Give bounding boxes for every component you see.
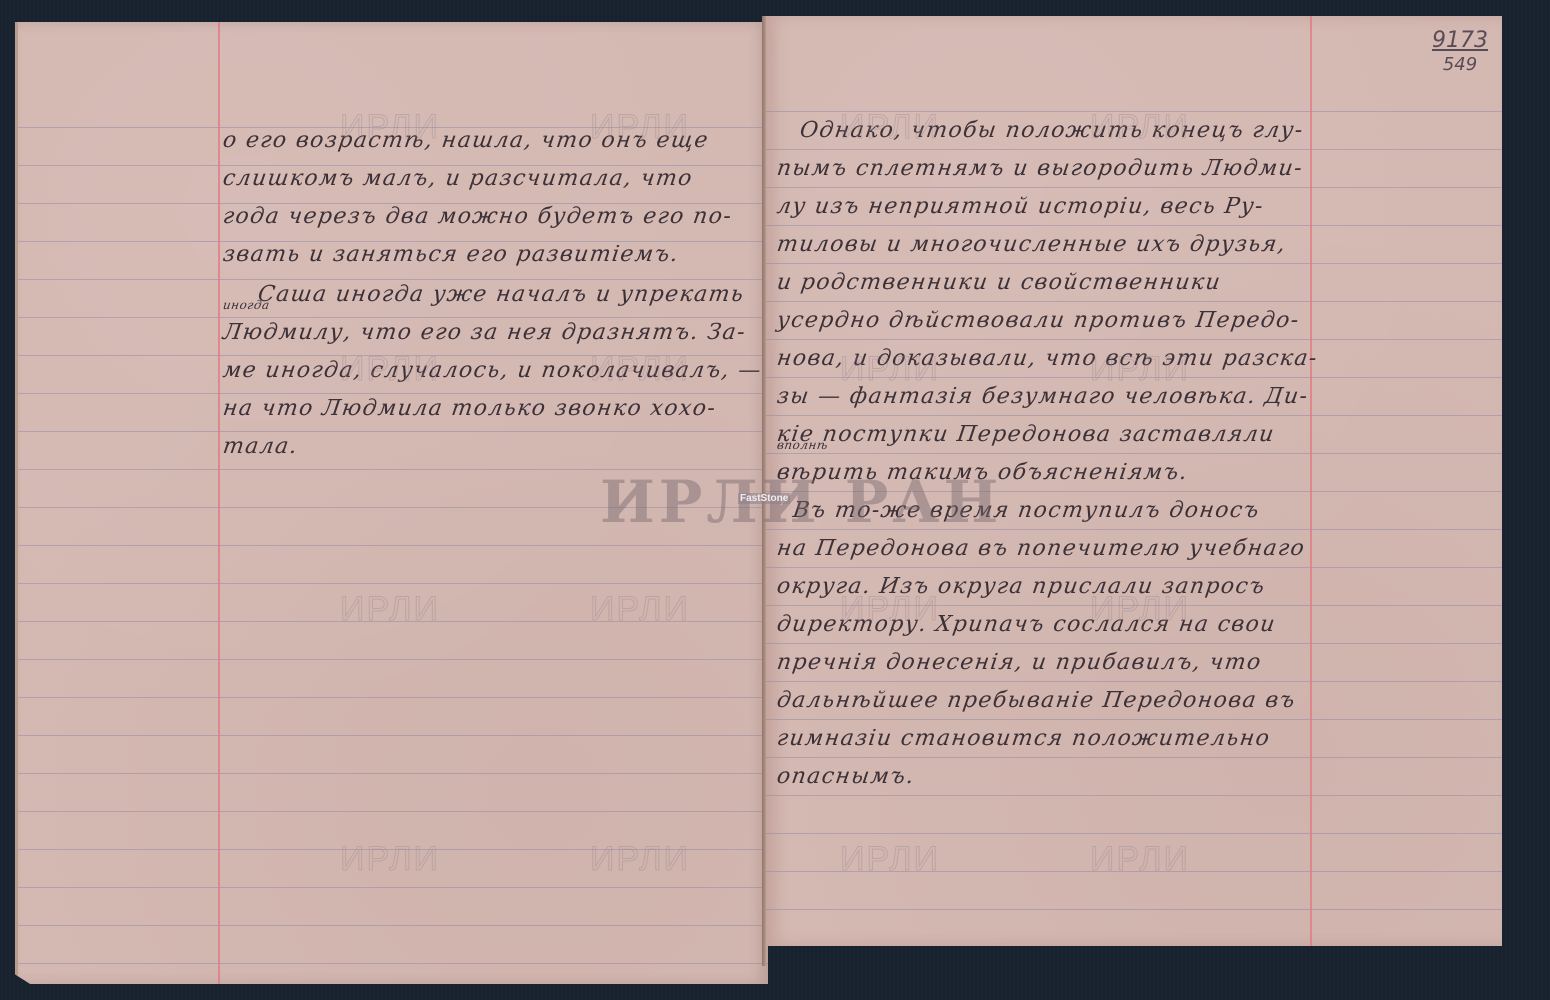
interlinear-correction: вполнѣ xyxy=(776,438,829,452)
ruled-line xyxy=(18,887,768,888)
manuscript-line: Однако, чтобы положить конецъ глу- xyxy=(798,118,1305,143)
ruled-line xyxy=(765,377,1502,378)
manuscript-line: года черезъ два можно будетъ его по- xyxy=(221,204,734,229)
ruled-line xyxy=(18,811,768,812)
ruled-line xyxy=(18,621,768,622)
manuscript-line: кіе поступки Передонова заставляли xyxy=(775,422,1276,447)
ruled-line xyxy=(765,909,1502,910)
ruled-line xyxy=(18,469,768,470)
ruled-line xyxy=(18,355,768,356)
red-margin-line xyxy=(1310,16,1312,946)
ruled-line xyxy=(18,431,768,432)
ruled-line xyxy=(765,871,1502,872)
manuscript-line: Въ то-же время поступилъ доносъ xyxy=(791,498,1261,523)
manuscript-line: дальнѣйшее пребываніе Передонова въ xyxy=(775,688,1297,713)
ruled-line xyxy=(765,111,1502,112)
manuscript-line: звать и заняться его развитіемъ. xyxy=(221,242,680,267)
ruled-line xyxy=(765,225,1502,226)
ruled-line xyxy=(765,643,1502,644)
ruled-line xyxy=(765,415,1502,416)
left-page: о его возрастѣ, нашла, что онъ еще слишк… xyxy=(15,22,768,984)
manuscript-line: пымъ сплетнямъ и выгородить Людми- xyxy=(775,156,1304,181)
ruled-line xyxy=(18,773,768,774)
ruled-line xyxy=(18,735,768,736)
ruled-line xyxy=(18,963,768,964)
ruled-line xyxy=(765,149,1502,150)
manuscript-line: усердно дѣйствовали противъ Передо- xyxy=(775,308,1301,333)
ruled-line xyxy=(18,279,768,280)
red-margin-line xyxy=(218,22,220,984)
manuscript-line: округа. Изъ округа прислали запросъ xyxy=(775,574,1267,599)
manuscript-line: Саша иногда уже началъ и упрекать xyxy=(256,282,746,307)
manuscript-line: на Передонова въ попечителю учебнаго xyxy=(775,536,1307,561)
manuscript-line: гимназіи становится положительно xyxy=(775,726,1272,751)
manuscript-line: и родственники и свойственники xyxy=(775,270,1223,295)
ruled-line xyxy=(18,393,768,394)
book-spine xyxy=(762,16,766,966)
folio-number: 9173 549 xyxy=(1432,30,1488,74)
ruled-line xyxy=(18,659,768,660)
ruled-line xyxy=(18,583,768,584)
ruled-line xyxy=(18,697,768,698)
ruled-line xyxy=(765,795,1502,796)
ruled-line xyxy=(765,681,1502,682)
right-page: Однако, чтобы положить конецъ глу- пымъ … xyxy=(765,16,1502,946)
manuscript-line: пречнія донесенія, и прибавилъ, что xyxy=(775,650,1263,675)
manuscript-line: директору. Хрипачъ сослался на свои xyxy=(775,612,1277,637)
ruled-line xyxy=(18,925,768,926)
ruled-line xyxy=(765,529,1502,530)
manuscript-line: опаснымъ. xyxy=(775,764,916,789)
ruled-line xyxy=(765,757,1502,758)
manuscript-line: зы — фантазія безумнаго человѣка. Ди- xyxy=(775,384,1310,409)
manuscript-line: Людмилу, что его за нея дразнятъ. За- xyxy=(221,320,747,345)
ruled-line xyxy=(765,301,1502,302)
ruled-line xyxy=(765,567,1502,568)
ruled-line xyxy=(18,507,768,508)
manuscript-line: тиловы и многочисленные ихъ друзья, xyxy=(775,232,1288,257)
ruled-line xyxy=(765,833,1502,834)
ruled-line xyxy=(18,545,768,546)
ruled-line xyxy=(18,849,768,850)
ruled-line xyxy=(765,491,1502,492)
manuscript-line: на что Людмила только звонко хохо- xyxy=(221,396,718,421)
folio-secondary: 549 xyxy=(1432,56,1488,74)
manuscript-line: вѣрить такимъ объясненіямъ. xyxy=(775,460,1190,485)
manuscript-line: нова, и доказывали, что всѣ эти разска- xyxy=(775,346,1319,371)
ruled-line xyxy=(765,187,1502,188)
ruled-line xyxy=(765,453,1502,454)
manuscript-line: о его возрастѣ, нашла, что онъ еще xyxy=(221,128,710,153)
ruled-line xyxy=(765,719,1502,720)
folio-primary: 9173 xyxy=(1432,30,1488,52)
manuscript-line: слишкомъ малъ, и разсчитала, что xyxy=(221,166,694,191)
manuscript-line: лу изъ неприятной исторіи, весь Ру- xyxy=(775,194,1265,219)
ruled-line xyxy=(765,339,1502,340)
ruled-line xyxy=(765,263,1502,264)
faststone-badge: FastStone xyxy=(738,493,790,504)
ruled-line xyxy=(18,317,768,318)
ruled-line xyxy=(765,605,1502,606)
manuscript-line: ме иногда, случалось, и поколачивалъ, — xyxy=(221,358,763,383)
manuscript-line: тала. xyxy=(221,434,300,459)
interlinear-correction: иногда xyxy=(222,298,271,312)
